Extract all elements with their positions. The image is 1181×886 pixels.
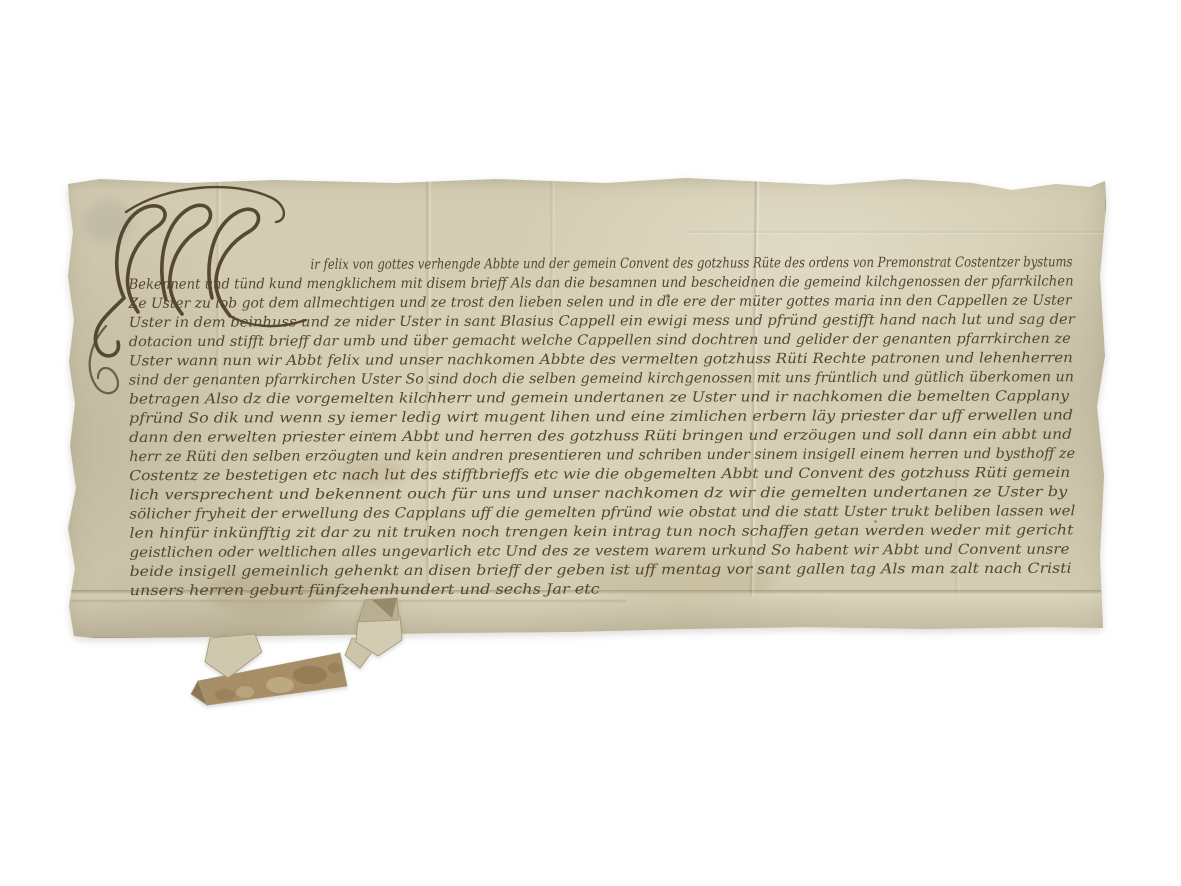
manuscript-line: len hinfür inkünfftig zit dar zu nit tru… [129, 522, 1073, 541]
manuscript-lines: ir felix von gottes verhengde Abbte und … [127, 254, 1077, 599]
manuscript-line: dotacion und stifft brieff dar umb und ü… [129, 331, 1071, 350]
manuscript-line: betragen Also dz die vorgemelten kilchhe… [129, 388, 1070, 407]
manuscript-line: Bekennent und tünd kund mengklichem mit … [128, 273, 1074, 292]
manuscript-line: pfründ So dik und wenn sy iemer ledig wi… [129, 407, 1073, 426]
photograph: ir felix von gottes verhengde Abbte und … [0, 0, 1181, 886]
manuscript-line: dann den erwelten priester einem Abbt un… [129, 427, 1072, 446]
manuscript-line: sind der genanten pfarrkirchen Uster So … [129, 369, 1074, 388]
manuscript-line: Uster in dem beinhuss und ze nider Uster… [129, 312, 1076, 331]
manuscript-text-layer: ir felix von gottes verhengde Abbte und … [66, 176, 1106, 638]
manuscript-line: beide insigell gemeinlich gehenkt an dis… [130, 561, 1072, 580]
manuscript-line: geistlichen oder weltlichen alles ungeva… [129, 542, 1069, 561]
manuscript-line: Uster wann nun wir Abbt felix und unser … [129, 350, 1073, 369]
manuscript-line: Costentz ze bestetigen etc nach lut des … [129, 465, 1070, 484]
manuscript-line: lich versprechent und bekennent ouch für… [129, 484, 1068, 503]
manuscript-line: ir felix von gottes verhengde Abbte und … [310, 254, 1072, 273]
parchment-shadow-wrap: ir felix von gottes verhengde Abbte und … [0, 0, 1181, 886]
manuscript-line: Ze Uster zu lob got dem allmechtigen und… [128, 293, 1073, 312]
seal-tag [150, 580, 430, 750]
parchment-charter: ir felix von gottes verhengde Abbte und … [66, 176, 1106, 638]
manuscript-line: sölicher fryheit der erwellung des Cappl… [129, 503, 1075, 522]
manuscript-line: herr ze Rüti den selben erzöugten und ke… [129, 446, 1075, 465]
